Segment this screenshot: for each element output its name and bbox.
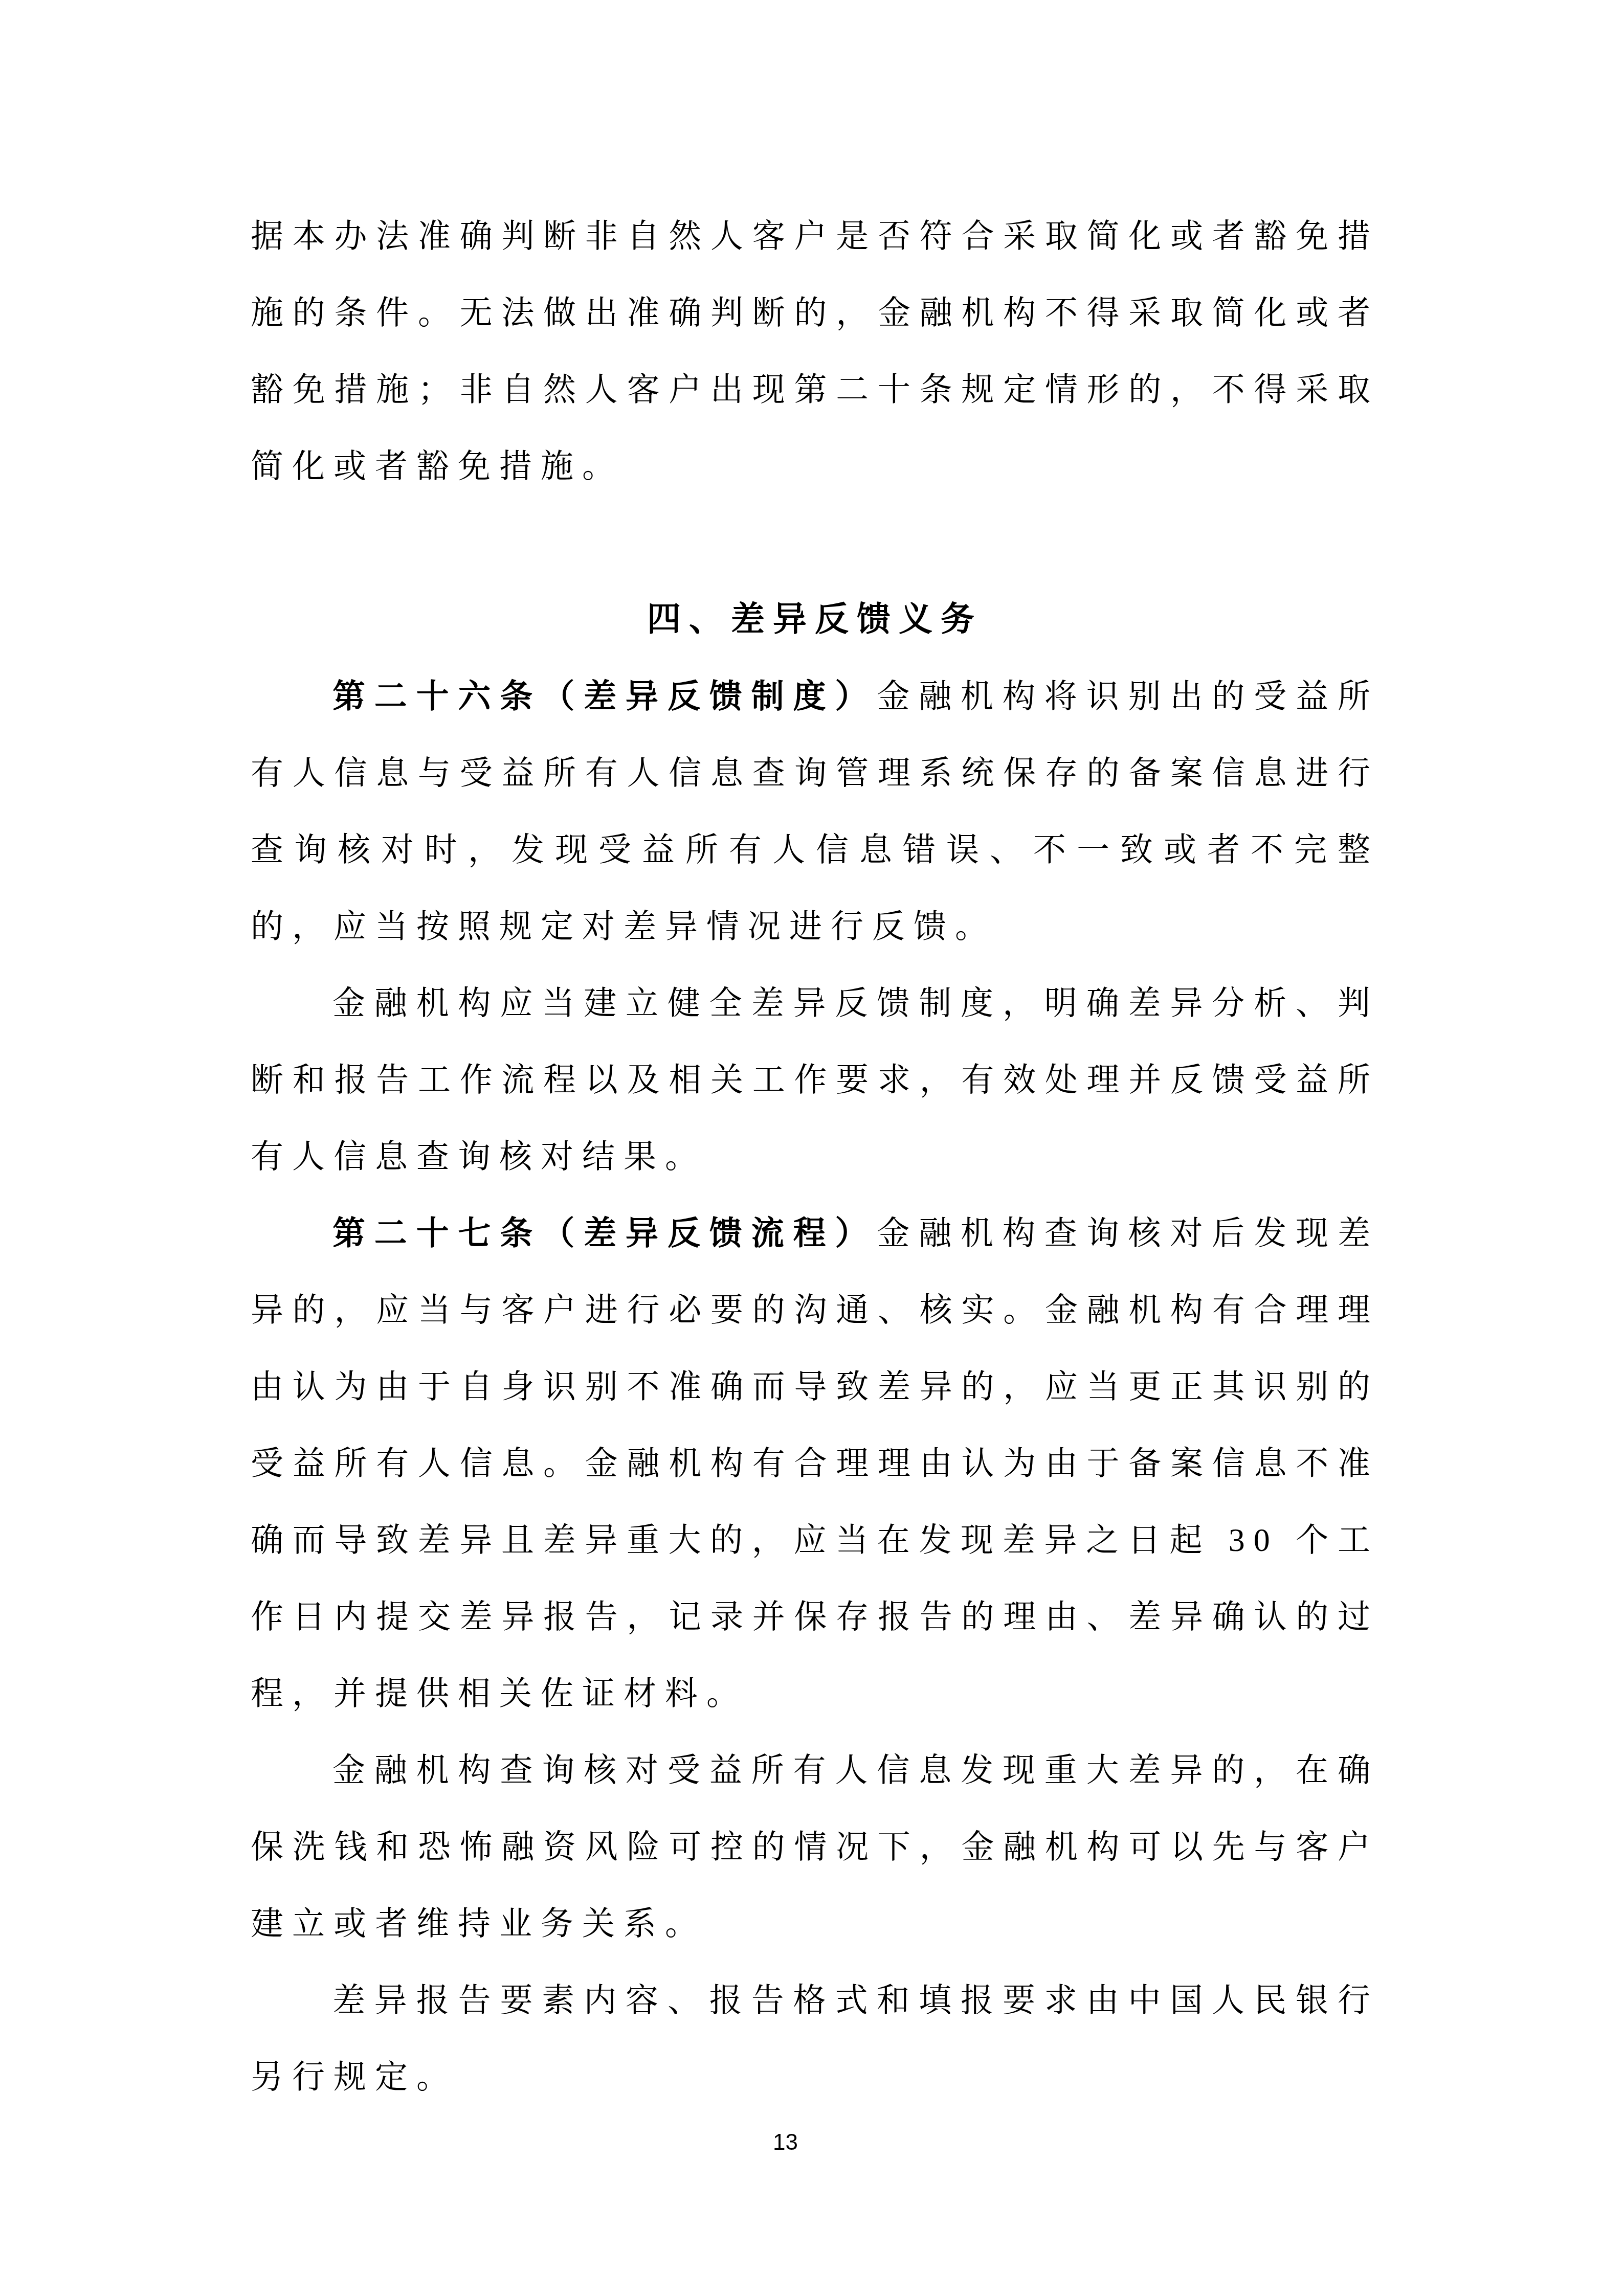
page-number: 13 bbox=[0, 2128, 1597, 2157]
article-27-lead: 第二十七条（差异反馈流程） bbox=[332, 1215, 877, 1251]
article-27-body: 金融机构查询核对后发现差异的，应当与客户进行必要的沟通、核实。金融机构有合理理由… bbox=[251, 1215, 1379, 1712]
paragraph-article-26: 第二十六条（差异反馈制度）金融机构将识别出的受益所有人信息与受益所有人信息查询管… bbox=[251, 658, 1379, 965]
section-heading: 四、差异反馈义务 bbox=[251, 581, 1379, 658]
page-content: 据本办法准确判断非自然人客户是否符合采取简化或者豁免措施的条件。无法做出准确判断… bbox=[251, 198, 1379, 2115]
article-26-lead: 第二十六条（差异反馈制度） bbox=[332, 678, 877, 714]
article-26-body: 金融机构将识别出的受益所有人信息与受益所有人信息查询管理系统保存的备案信息进行查… bbox=[251, 678, 1379, 944]
paragraph-continuation: 据本办法准确判断非自然人客户是否符合采取简化或者豁免措施的条件。无法做出准确判断… bbox=[251, 198, 1379, 505]
paragraph-article-27-third: 差异报告要素内容、报告格式和填报要求由中国人民银行另行规定。 bbox=[251, 1962, 1379, 2115]
paragraph-article-27-second: 金融机构查询核对受益所有人信息发现重大差异的，在确保洗钱和恐怖融资风险可控的情况… bbox=[251, 1732, 1379, 1962]
paragraph-article-27: 第二十七条（差异反馈流程）金融机构查询核对后发现差异的，应当与客户进行必要的沟通… bbox=[251, 1195, 1379, 1732]
document-page: 据本办法准确判断非自然人客户是否符合采取简化或者豁免措施的条件。无法做出准确判断… bbox=[0, 0, 1624, 2296]
paragraph-article-26-second: 金融机构应当建立健全差异反馈制度，明确差异分析、判断和报告工作流程以及相关工作要… bbox=[251, 965, 1379, 1195]
